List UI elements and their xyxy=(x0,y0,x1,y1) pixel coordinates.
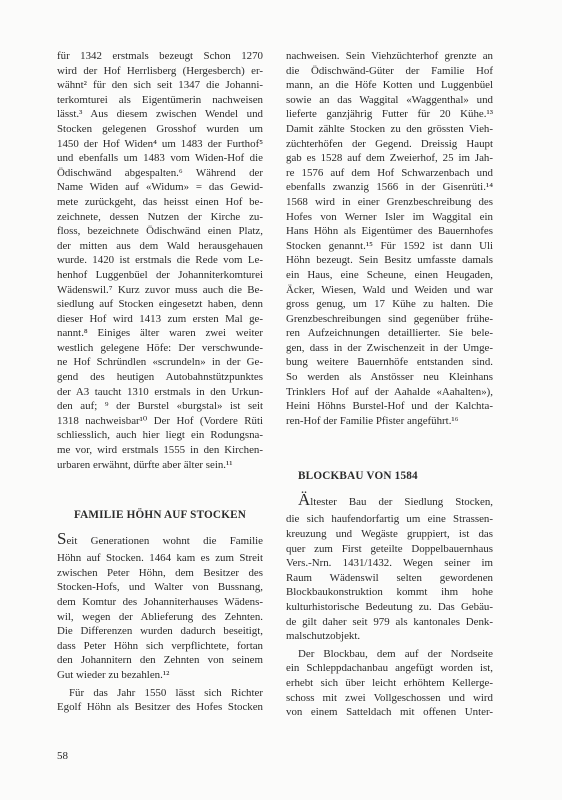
text-line: Wädenswil.⁷ Kurz zuvor muss auch die Be- xyxy=(57,283,263,298)
text-line: den Johannitern den Zehnten von seinem xyxy=(57,653,263,668)
text-line: züchterhöfen der Gegend. Dreissig Haupt xyxy=(286,137,493,152)
text-line: wurde. 1420 ist erstmals die Rede vom Le… xyxy=(57,253,263,268)
text-line: schliesslich, auch hier liegt ein Rodung… xyxy=(57,428,263,443)
text-line: Heini Höhns Burstel-Hof und der Kalchta- xyxy=(286,399,493,414)
text-line: henhof Luggenbüel der Johanniterkomturei xyxy=(57,268,263,283)
section-heading-blockbau: BLOCKBAU VON 1584 xyxy=(286,468,493,484)
paragraph-familie-hoehn: Seit Generationen wohnt die Familie Höhn… xyxy=(57,532,263,682)
paragraph-viehzuechterhof: nachweisen. Sein Viehzüchterhof grenzte … xyxy=(286,49,493,428)
text-line: gen, dass in der Zwischenzeit in der Umg… xyxy=(286,341,493,356)
text-line: Äcker, Wiesen, Wald und Weiden und war xyxy=(286,283,493,298)
text-line: die sich haufendorfartig um eine Strasse… xyxy=(286,512,493,527)
text-line: Für das Jahr 1550 lässt sich Richter xyxy=(57,686,263,701)
text-line: Hans Höhn als Eigentümer des Bauernhofes xyxy=(286,224,493,239)
text-line: Blockbaukonstruktion kommt ihm hohe xyxy=(286,585,493,600)
text-line: quer zum First geteilte Doppelbauernhaus xyxy=(286,542,493,557)
text-line: 1568 wird in einer Grenzbeschreibung des xyxy=(286,195,493,210)
text-line: ren-Hof der Familie Pfister angeführt.¹⁶ xyxy=(286,414,493,429)
text-line: erhebt sich über leicht erhöhtem Kellerg… xyxy=(286,676,493,691)
text-line: wird der Hof Herrlisberg (Hergesberch) e… xyxy=(57,64,263,79)
text-line: siedlung auf Stocken eingesetzt haben, d… xyxy=(57,297,263,312)
text-line: So werden als Anstösser neu Kleinhans xyxy=(286,370,493,385)
spacer xyxy=(57,523,263,532)
text-line: ne Hof Schründlen «scrundeln» in der Ge- xyxy=(57,355,263,370)
text-line: den auf; ⁹ der Burstel «burgstal» ist se… xyxy=(57,399,263,414)
book-page: für 1342 erstmals bezeugt Schon 1270 wir… xyxy=(0,0,562,800)
text-line: Raum Wädenswil selten gewordenen xyxy=(286,571,493,586)
text-line: der A3 taucht 1310 erstmals in den Urkun… xyxy=(57,385,263,400)
text-line: Vers.-Nrn. 1431/1432. Wegen seiner im xyxy=(286,556,493,571)
text-line: nachweisen. Sein Viehzüchterhof grenzte … xyxy=(286,49,493,64)
text-line: ren Aufzeichnungen detaillierter. Sie be… xyxy=(286,326,493,341)
text-line: Höhn auf Stocken. 1464 kam es zum Streit xyxy=(57,551,263,566)
text-line: Egolf Höhn als Besitzer des Hofes Stocke… xyxy=(57,700,263,715)
text-line: Stocken-Hofs, und Walter von Bussnang, xyxy=(57,580,263,595)
text-line-with-initial: Ältester Bau der Siedlung Stocken, xyxy=(286,493,493,512)
text-line: wil, wegen der Ablieferung des Zehnten. xyxy=(57,610,263,625)
text-line: wähnt² für den sich seit 1347 die Johann… xyxy=(57,78,263,93)
text-line: dieser Hof wird 1413 zum ersten Mal ge- xyxy=(57,312,263,327)
spacer xyxy=(57,472,263,507)
right-column: nachweisen. Sein Viehzüchterhof grenzte … xyxy=(286,49,493,720)
text-line: gross genug, um 17 Kühe zu halten. Die xyxy=(286,297,493,312)
text-line: mete zurückgeht, das heisst einen Hof be… xyxy=(57,195,263,210)
text-line: Stocken gelegenen Grosshof wurden um xyxy=(57,122,263,137)
text-line: gab es 1528 auf dem Zweierhof, 25 im Jah… xyxy=(286,151,493,166)
text-line: Stocken genannt.¹⁵ Für 1592 ist dann Uli xyxy=(286,239,493,254)
text-line: von einem Satteldach mit offenen Unter- xyxy=(286,705,493,720)
text-line: zeichnete, dessen Nutzen der Kirche zu- xyxy=(57,210,263,225)
text-line: bung weitere Bauernhöfe entstanden sind. xyxy=(286,355,493,370)
text-line: Grenzbeschreibungen sind gegenüber frühe… xyxy=(286,312,493,327)
text-line: gend des heutigen Autobahnstützpunktes xyxy=(57,370,263,385)
text-line: sowie an das Waggital «Waggenthal» und xyxy=(286,93,493,108)
text-line: malschutzobjekt. xyxy=(286,629,493,644)
text-line: Gut wieder zu bezahlen.¹² xyxy=(57,668,263,683)
text-line: 1450 der Hof Widen⁴ um 1483 der Furthof⁵ xyxy=(57,137,263,152)
text-line: mann, an die Höfe Kotten und Luggenbüel xyxy=(286,78,493,93)
left-column: für 1342 erstmals bezeugt Schon 1270 wir… xyxy=(57,49,263,715)
text-line: 1318 nachweisbar¹⁰ Der Hof (Vordere Rüti xyxy=(57,414,263,429)
text-line: Der Blockbau, dem auf der Nordseite xyxy=(286,647,493,662)
text-line: und ebenfalls um 1483 vom Widen-Hof die xyxy=(57,151,263,166)
text-line: kulturhistorische Bedeutung zu. Das Gebä… xyxy=(286,600,493,615)
section-heading-familie-hoehn: FAMILIE HÖHN AUF STOCKEN xyxy=(57,507,263,523)
text-line: Trinklers Hof auf der Aahalde «Aahalten»… xyxy=(286,385,493,400)
text-line: zwischen Peter Höhn, dem Besitzer des xyxy=(57,566,263,581)
paragraph-egolf-hoehn: Für das Jahr 1550 lässt sich Richter Ego… xyxy=(57,686,263,715)
page-number: 58 xyxy=(57,750,68,762)
text-line: westlich gelegene Höfe: Der verschwunde- xyxy=(57,341,263,356)
text-line: me vor, wird erstmals 1555 in den Kirche… xyxy=(57,443,263,458)
text-line: kreuzung und Wegäste gruppiert, ist das xyxy=(286,527,493,542)
text-line: ein Schleppdachanbau angefügt worden ist… xyxy=(286,661,493,676)
paragraph-origins: für 1342 erstmals bezeugt Schon 1270 wir… xyxy=(57,49,263,472)
text-line: re 1576 auf dem Hof Schwarzenbach und xyxy=(286,166,493,181)
text-line: Damit zählte Stocken zu den grössten Vie… xyxy=(286,122,493,137)
text-line: Hofes von Werner Isler im Waggital ein xyxy=(286,210,493,225)
text-line: floss, bezeichnete Ödischwänd einen Plat… xyxy=(57,224,263,239)
paragraph-blockbau: Ältester Bau der Siedlung Stocken, die s… xyxy=(286,493,493,643)
text-line: dass Peter Höhn sich verpflichtete, fort… xyxy=(57,639,263,654)
text-line: de gilt daher seit 979 als kantonales De… xyxy=(286,615,493,630)
text-line: urbaren erwähnt, dürfte aber älter sein.… xyxy=(57,458,263,473)
text-line: Die Differenzen wurden dadurch beseitigt… xyxy=(57,624,263,639)
text-line: lässt.³ Aus diesem zwischen Wendel und xyxy=(57,107,263,122)
spacer xyxy=(286,428,493,468)
text-line: nannt.⁸ Einiges älter waren zwei weiter xyxy=(57,326,263,341)
text-line-with-initial: Seit Generationen wohnt die Familie xyxy=(57,532,263,551)
text-line: dem Komtur des Johanniterhauses Wädens- xyxy=(57,595,263,610)
text-line: schoss mit zwei Vollgeschossen und wird xyxy=(286,691,493,706)
text-line: für 1342 erstmals bezeugt Schon 1270 xyxy=(57,49,263,64)
drop-cap: Ä xyxy=(298,490,310,509)
spacer xyxy=(286,484,493,493)
text-line: ebenfalls zwanzig 1566 in der Gisenrüti.… xyxy=(286,180,493,195)
text-line: der mitten aus dem Wald herausgehauen xyxy=(57,239,263,254)
text-line: die Ödischwänd-Güter der Familie Hof xyxy=(286,64,493,79)
text-line: Name Widen auf «Widum» = das Gewid- xyxy=(57,180,263,195)
text-fragment: eit Generationen wohnt die Familie xyxy=(66,535,263,547)
text-line: ein Haus, eine Scheune, einen Heugaden, xyxy=(286,268,493,283)
text-line: Höhn bezeugt. Sein Besitz umfasste damal… xyxy=(286,253,493,268)
paragraph-blockbau-description: Der Blockbau, dem auf der Nordseite ein … xyxy=(286,647,493,720)
text-line: lieferte ganzjährig Futter für 20 Kühe.¹… xyxy=(286,107,493,122)
text-fragment: ltester Bau der Siedlung Stocken, xyxy=(310,496,493,508)
text-line: Ödischwänd abgespalten.⁶ Während der xyxy=(57,166,263,181)
text-line: terkomturei als Eigentümerin nachweisen xyxy=(57,93,263,108)
